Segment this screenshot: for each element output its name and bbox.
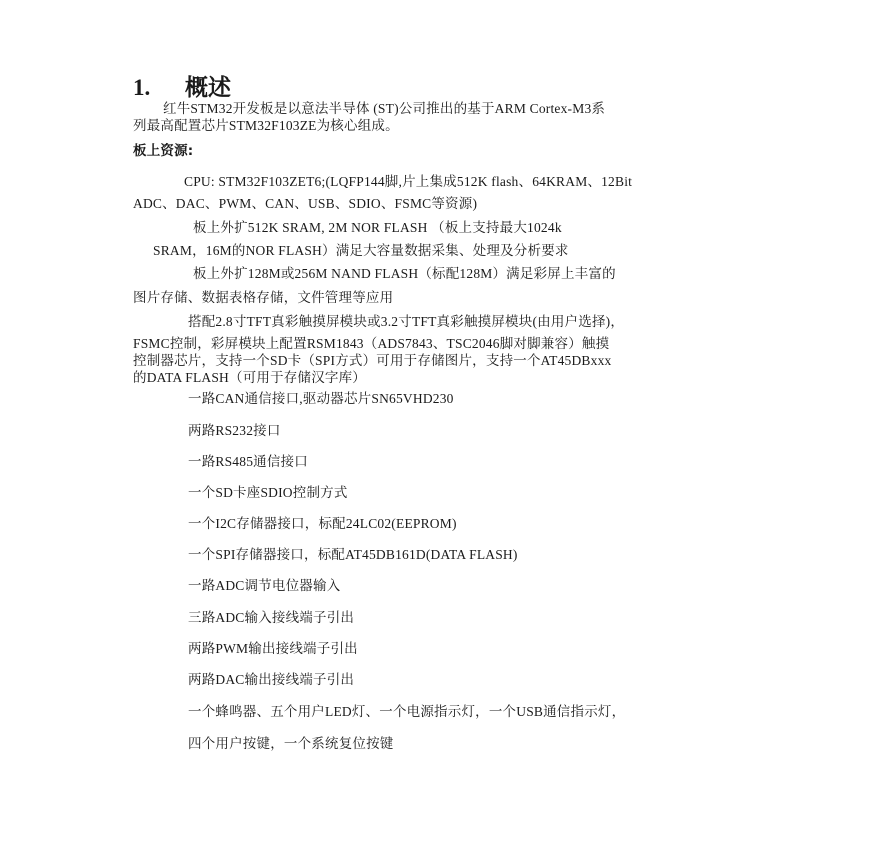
resource-keys: 四个用户按键，一个系统复位按键	[188, 735, 394, 752]
resource-cpu-line-2: ADC、DAC、PWM、CAN、USB、SDIO、FSMC等资源)	[133, 195, 477, 212]
section-number: 1.	[133, 74, 185, 102]
resource-i2c: 一个I2C存储器接口，标配24LC02(EEPROM)	[188, 515, 457, 532]
resource-sdio: 一个SD卡座SDIO控制方式	[188, 484, 348, 501]
resource-adc-pot: 一路ADC调节电位器输入	[188, 577, 340, 594]
resources-heading: 板上资源:	[133, 143, 193, 160]
section-title: 1.概述	[133, 74, 231, 102]
resource-can: 一路CAN通信接口,驱动器芯片SN65VHD230	[188, 390, 454, 407]
resource-nand-line-1: 板上外扩128M或256M NAND FLASH（标配128M）满足彩屏上丰富的	[193, 265, 616, 282]
intro-line-1: 红牛STM32开发板是以意法半导体 (ST)公司推出的基于ARM Cortex-…	[163, 100, 605, 117]
resource-rs485: 一路RS485通信接口	[188, 453, 308, 470]
resource-tft-line-2: FSMC控制，彩屏模块上配置RSM1843（ADS7843、TSC2046脚对脚…	[133, 335, 609, 352]
resource-leds: 一个蜂鸣器、五个用户LED灯、一个电源指示灯，一个USB通信指示灯，	[188, 703, 625, 720]
resource-adc-in: 三路ADC输入接线端子引出	[188, 609, 354, 626]
resource-sram-line-2: SRAM，16M的NOR FLASH）满足大容量数据采集、处理及分析要求	[153, 242, 569, 259]
resource-tft-line-3: 控制器芯片，支持一个SD卡（SPI方式）可用于存储图片，支持一个AT45DBxx…	[133, 352, 611, 369]
document-page: 1.概述 红牛STM32开发板是以意法半导体 (ST)公司推出的基于ARM Co…	[0, 0, 870, 842]
resource-tft-line-4: 的DATA FLASH（可用于存储汉字库）	[133, 369, 366, 386]
resource-nand-line-2: 图片存储、数据表格存储，文件管理等应用	[133, 289, 393, 306]
resource-spi: 一个SPI存储器接口，标配AT45DB161D(DATA FLASH)	[188, 546, 518, 563]
resource-dac: 两路DAC输出接线端子引出	[188, 671, 354, 688]
resource-pwm: 两路PWM输出接线端子引出	[188, 640, 358, 657]
section-title-text: 概述	[185, 75, 231, 100]
resource-sram-line-1: 板上外扩512K SRAM, 2M NOR FLASH （板上支持最大1024k	[193, 219, 562, 236]
resource-rs232: 两路RS232接口	[188, 422, 281, 439]
intro-line-2: 列最高配置芯片STM32F103ZE为核心组成。	[133, 117, 399, 134]
resource-tft-line-1: 搭配2.8寸TFT真彩触摸屏模块或3.2寸TFT真彩触摸屏模块(由用户选择)，	[188, 313, 624, 330]
resource-cpu-line-1: CPU: STM32F103ZET6;(LQFP144脚,片上集成512K fl…	[184, 173, 632, 190]
